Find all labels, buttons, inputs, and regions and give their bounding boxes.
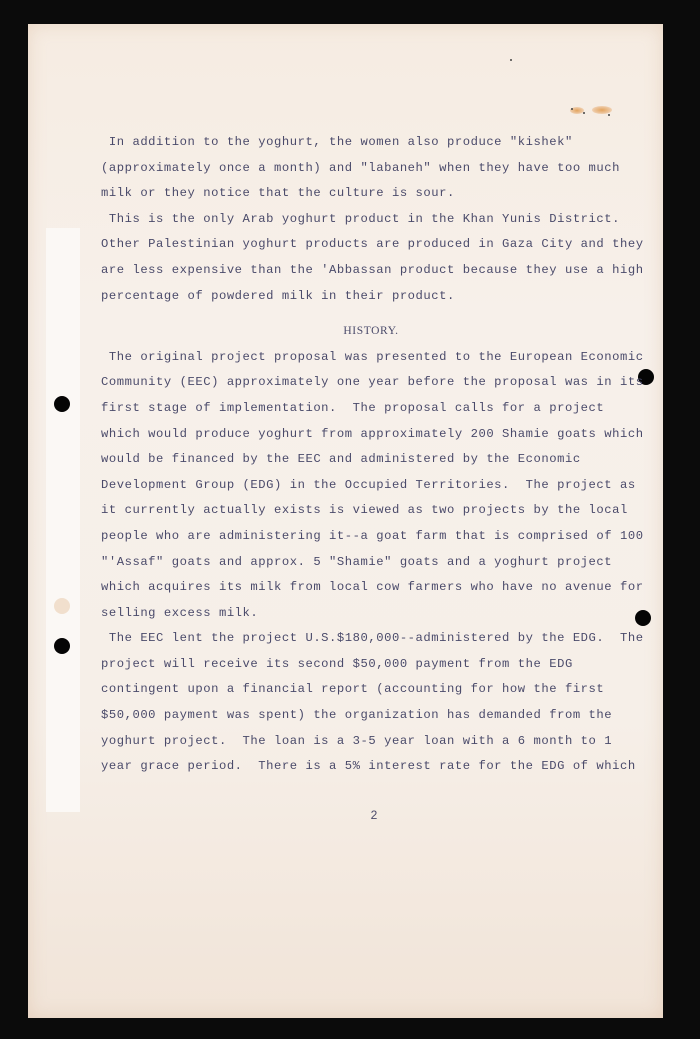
text-line: Development Group (EDG) in the Occupied … — [101, 473, 641, 499]
text-line: yoghurt project. The loan is a 3-5 year … — [101, 729, 641, 755]
paper-tape-strip — [46, 228, 80, 812]
text-line: contingent upon a financial report (acco… — [101, 677, 641, 703]
text-line: would be financed by the EEC and adminis… — [101, 447, 641, 473]
punch-hole-left-bottom — [54, 638, 70, 654]
paragraph-4: The EEC lent the project U.S.$180,000--a… — [101, 626, 641, 780]
document-page: In addition to the yoghurt, the women al… — [28, 24, 663, 1018]
text-line: Community (EEC) approximately one year b… — [101, 370, 641, 396]
text-line: which acquires its milk from local cow f… — [101, 575, 641, 601]
text-line: are less expensive than the 'Abbassan pr… — [101, 258, 641, 284]
faint-hole-mark — [54, 598, 70, 614]
text-line: "'Assaf" goats and approx. 5 "Shamie" go… — [101, 550, 641, 576]
text-line: first stage of implementation. The propo… — [101, 396, 641, 422]
text-line: (approximately once a month) and "labane… — [101, 156, 641, 182]
text-line: The original project proposal was presen… — [101, 345, 641, 371]
paragraph-2: This is the only Arab yoghurt product in… — [101, 207, 641, 309]
text-line: The EEC lent the project U.S.$180,000--a… — [101, 626, 641, 652]
page-number: 2 — [364, 808, 384, 822]
text-line: percentage of powdered milk in their pro… — [101, 284, 641, 310]
speck — [608, 114, 610, 116]
text-line: project will receive its second $50,000 … — [101, 652, 641, 678]
document-body: In addition to the yoghurt, the women al… — [101, 130, 641, 780]
text-line: people who are administering it--a goat … — [101, 524, 641, 550]
text-line: In addition to the yoghurt, the women al… — [101, 130, 641, 156]
text-line: milk or they notice that the culture is … — [101, 181, 641, 207]
speck — [583, 112, 585, 114]
text-line: This is the only Arab yoghurt product in… — [101, 207, 641, 233]
section-heading: HISTORY. — [101, 319, 641, 345]
punch-hole-left-top — [54, 396, 70, 412]
text-line: which would produce yoghurt from approxi… — [101, 422, 641, 448]
rust-stain — [592, 106, 612, 114]
speck — [571, 108, 573, 110]
paragraph-3: The original project proposal was presen… — [101, 345, 641, 627]
text-line: Other Palestinian yoghurt products are p… — [101, 232, 641, 258]
text-line: year grace period. There is a 5% interes… — [101, 754, 641, 780]
text-line: it currently actually exists is viewed a… — [101, 498, 641, 524]
paragraph-1: In addition to the yoghurt, the women al… — [101, 130, 641, 207]
speck — [510, 59, 512, 61]
text-line: selling excess milk. — [101, 601, 641, 627]
text-line: $50,000 payment was spent) the organizat… — [101, 703, 641, 729]
